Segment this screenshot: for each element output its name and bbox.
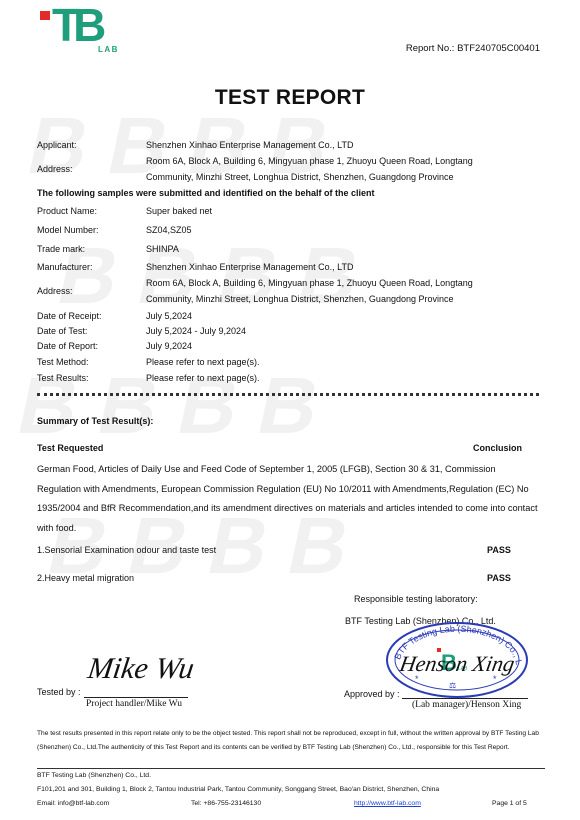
btf-lab-logo: TB LAB (40, 8, 120, 54)
test-report-page: TB LAB Report No.: BTF240705C00401 TEST … (0, 0, 580, 820)
tested-by-label: Tested by : (37, 687, 81, 697)
trade-mark-label: Trade mark: (37, 244, 85, 254)
tested-by-signature: Mike Wu (86, 652, 197, 686)
applicant-address-line1: Room 6A, Block A, Building 6, Mingyuan p… (146, 156, 473, 166)
footer-website-link[interactable]: http://www.btf-lab.com (354, 800, 421, 807)
manufacturer-address-line2: Community, Minzhi Street, Longhua Distri… (146, 294, 454, 304)
trade-mark-value: SHINPA (146, 244, 179, 254)
date-of-test-label: Date of Test: (37, 326, 87, 336)
product-name-value: Super baked net (146, 206, 212, 216)
test-results-value: Please refer to next page(s). (146, 373, 260, 383)
footer-tel: Tel: +86-755-23146130 (191, 800, 261, 807)
page-title: TEST REPORT (0, 86, 580, 110)
date-of-report-label: Date of Report: (37, 341, 98, 351)
date-of-test-value: July 5,2024 - July 9,2024 (146, 326, 246, 336)
approved-by-role: (Lab manager)/Henson Xing (412, 700, 521, 710)
applicant-value: Shenzhen Xinhao Enterprise Management Co… (146, 140, 353, 150)
footer-rule (37, 768, 545, 769)
test-item-1-result: PASS (487, 545, 511, 555)
test-method-label: Test Method: (37, 357, 89, 367)
manufacturer-label: Manufacturer: (37, 262, 93, 272)
dotted-divider (37, 393, 539, 396)
report-number: Report No.: BTF240705C00401 (406, 43, 540, 54)
applicant-address-label: Address: (37, 164, 73, 174)
logo-red-square (40, 11, 50, 20)
manufacturer-address-label: Address: (37, 286, 73, 296)
approved-by-label: Approved by : (344, 689, 400, 699)
manufacturer-address-line1: Room 6A, Block A, Building 6, Mingyuan p… (146, 278, 473, 288)
model-number-value: SZ04,SZ05 (146, 225, 192, 235)
test-item-1-name: 1.Sensorial Examination odour and taste … (37, 545, 216, 555)
product-name-label: Product Name: (37, 206, 97, 216)
applicant-address-line2: Community, Minzhi Street, Longhua Distri… (146, 172, 454, 182)
footer-page-number: Page 1 of 5 (492, 800, 527, 807)
approved-by-signature: Henson Xing (398, 651, 517, 677)
model-number-label: Model Number: (37, 225, 99, 235)
responsible-lab-label: Responsible testing laboratory: (354, 594, 478, 604)
conclusion-header: Conclusion (473, 443, 522, 453)
test-requested-header: Test Requested (37, 443, 103, 453)
disclaimer-text: The test results presented in this repor… (37, 727, 547, 754)
test-item-2-name: 2.Heavy metal migration (37, 573, 134, 583)
tested-by-role: Project handler/Mike Wu (86, 699, 182, 709)
tested-by-line (84, 697, 188, 698)
date-of-receipt-value: July 5,2024 (146, 311, 192, 321)
footer-address: F101,201 and 301, Building 1, Block 2, T… (37, 786, 439, 793)
applicant-label: Applicant: (37, 140, 77, 150)
approved-by-line (402, 698, 528, 699)
date-of-receipt-label: Date of Receipt: (37, 311, 102, 321)
test-results-label: Test Results: (37, 373, 89, 383)
manufacturer-value: Shenzhen Xinhao Enterprise Management Co… (146, 262, 353, 272)
summary-description: German Food, Articles of Daily Use and F… (37, 460, 542, 538)
samples-heading: The following samples were submitted and… (37, 188, 375, 198)
footer-email: Email: info@btf-lab.com (37, 800, 109, 807)
footer-company: BTF Testing Lab (Shenzhen) Co., Ltd. (37, 772, 151, 779)
summary-heading: Summary of Test Result(s): (37, 416, 153, 426)
logo-lab-text: LAB (98, 45, 119, 54)
test-item-2-result: PASS (487, 573, 511, 583)
logo-letters: TB (52, 2, 99, 48)
date-of-report-value: July 9,2024 (146, 341, 192, 351)
svg-text:⚖: ⚖ (449, 681, 456, 690)
test-method-value: Please refer to next page(s). (146, 357, 260, 367)
